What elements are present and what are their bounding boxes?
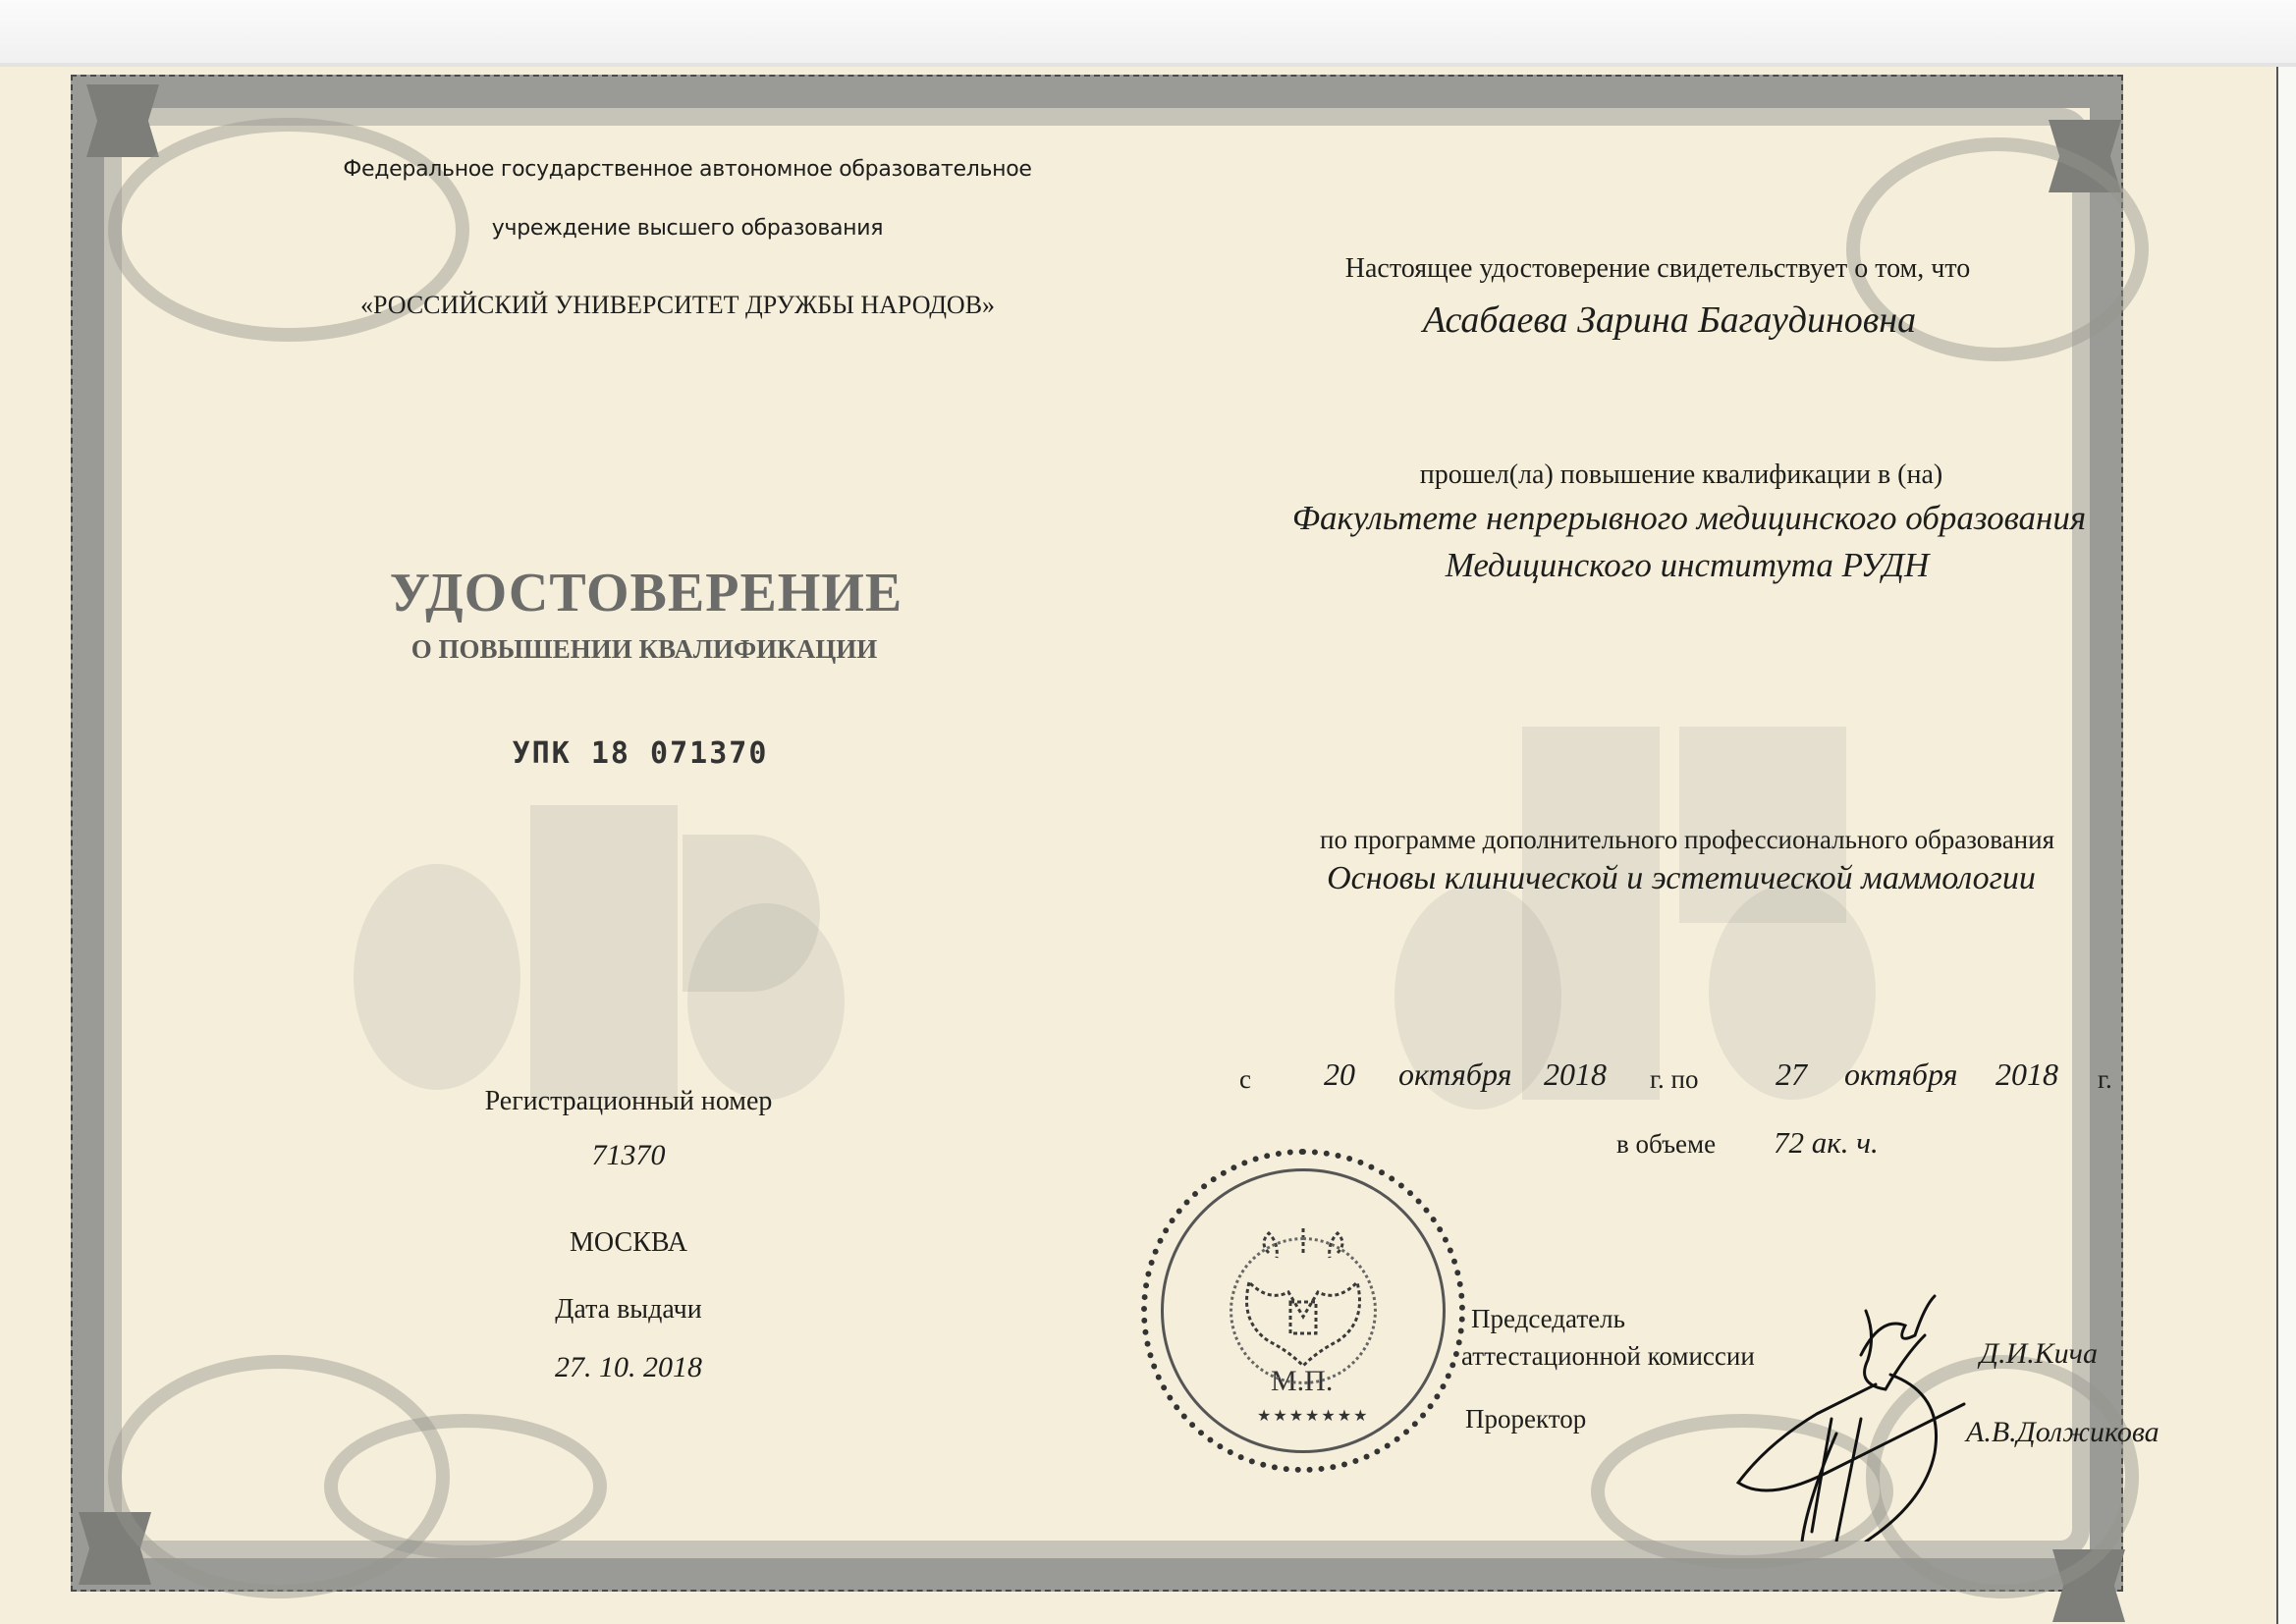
city: МОСКВА bbox=[570, 1227, 687, 1259]
program-label: по программе дополнительного профессиона… bbox=[1320, 825, 2054, 855]
period-from-prefix: с bbox=[1239, 1064, 1251, 1095]
period-to-month: октября bbox=[1844, 1056, 1957, 1093]
signatory-1-role-line1: Председатель bbox=[1471, 1304, 1625, 1334]
stamp-stars: ★★★★★★★ bbox=[1257, 1406, 1369, 1425]
certificate-intro: Настоящее удостоверение свидетельствует … bbox=[1345, 253, 1970, 285]
registration-number: 71370 bbox=[592, 1139, 666, 1172]
issue-date-label: Дата выдачи bbox=[555, 1294, 701, 1326]
registration-label: Регистрационный номер bbox=[485, 1086, 773, 1117]
serial-number: УПК 18 071370 bbox=[513, 736, 769, 771]
completed-label: прошел(ла) повышение квалификации в (на) bbox=[1420, 460, 1942, 491]
stamp-mp-label: М.П. bbox=[1271, 1365, 1333, 1398]
double-headed-eagle-icon bbox=[1230, 1223, 1377, 1380]
guilloche-swirl bbox=[324, 1414, 607, 1559]
scan-top-margin bbox=[0, 0, 2296, 67]
issue-date: 27. 10. 2018 bbox=[555, 1351, 702, 1384]
signatory-2-role: Проректор bbox=[1465, 1404, 1586, 1435]
period-to-day: 27 bbox=[1776, 1056, 1807, 1093]
document-title: УДОСТОВЕРЕНИЕ bbox=[390, 562, 903, 624]
period-to-year: 2018 bbox=[1995, 1056, 2058, 1093]
official-seal: М.П. ★★★★★★★ bbox=[1141, 1149, 1465, 1473]
scan-right-margin bbox=[2276, 67, 2296, 1624]
volume-value: 72 ак. ч. bbox=[1774, 1125, 1879, 1161]
institution-type-line1: Федеральное государственное автономное о… bbox=[343, 157, 1031, 182]
period-suffix: г. bbox=[2098, 1064, 2112, 1095]
faculty-line2: Медицинского института РУДН bbox=[1446, 546, 1930, 585]
document-subtitle: О ПОВЫШЕНИИ КВАЛИФИКАЦИИ bbox=[411, 634, 877, 665]
period-to-prefix: г. по bbox=[1650, 1064, 1698, 1095]
volume-label: в объеме bbox=[1616, 1129, 1716, 1160]
handwritten-signature bbox=[1709, 1276, 2023, 1542]
holder-name: Асабаева Зарина Багаудиновна bbox=[1423, 298, 1916, 342]
faculty-line1: Факультете непрерывного медицинского обр… bbox=[1292, 499, 2086, 538]
period-from-year: 2018 bbox=[1544, 1056, 1607, 1093]
institution-type-line2: учреждение высшего образования bbox=[492, 216, 883, 241]
period-from-month: октября bbox=[1398, 1056, 1511, 1093]
period-from-day: 20 bbox=[1324, 1056, 1355, 1093]
program-name: Основы клинической и эстетической маммол… bbox=[1327, 860, 2036, 897]
university-logo-watermark bbox=[334, 727, 943, 1100]
university-name: «РОССИЙСКИЙ УНИВЕРСИТЕТ ДРУЖБЫ НАРОДОВ» bbox=[360, 291, 995, 320]
